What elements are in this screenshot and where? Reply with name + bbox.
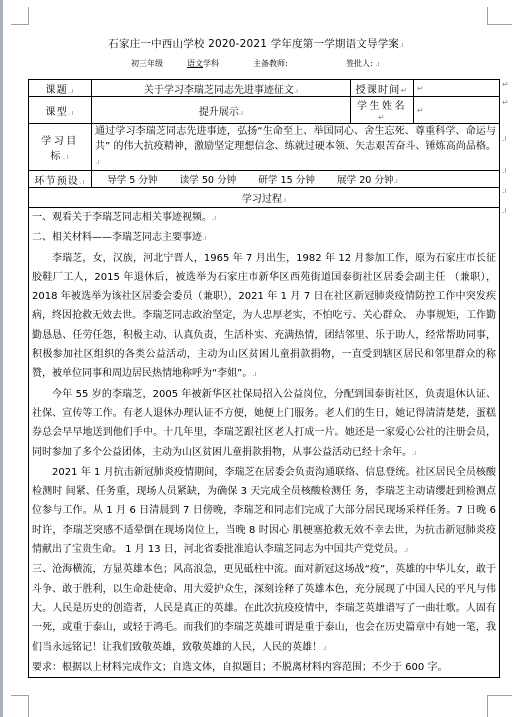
paragraph-3: 2021 年 1 月抗击新冠肺炎疫情期间，李瑞芝在居委会负责沟通联络、信息登统。…: [32, 463, 496, 560]
paragraph-mark-icon: .ı: [252, 370, 256, 378]
paragraph-mark-icon: .ı: [322, 644, 326, 652]
goal-label-cell[interactable]: 学习目标.ı: [29, 124, 92, 171]
paragraph-mark-icon: .ı: [375, 60, 379, 68]
table-row-type: 课型.ı 提升展示.ı 学生姓名↵ ↵: [29, 97, 500, 124]
topic-value: 关于学习李瑞芝同志先进事迹征文: [144, 85, 294, 96]
row-end-mark-icon: ↵: [502, 98, 509, 107]
section-3: 三、沧海横流，方显英雄本色；风高浪急，更见砥柱中流。面对新冠这场战“疫”，英雄的…: [32, 560, 496, 657]
type-value: 提升展示: [199, 107, 239, 118]
requirement: 要求：根据以上材料完成作文；自选文体，自拟题目；不脱离材料内容范围；不少于 60…: [32, 658, 496, 677]
student-value-cell[interactable]: ↵: [414, 97, 500, 124]
row-end-mark-icon: .ı: [502, 134, 507, 143]
stage-read: 读学 50 分钟: [180, 172, 237, 186]
goal-label: 学习目标: [41, 136, 79, 162]
document-title-text: 石家庄一中西山学校 2020-2021 学年度第一学期语文导学案: [108, 38, 399, 50]
cell-end-mark-icon: .ı: [68, 109, 75, 117]
table-row-goal: 学习目标.ı 通过学习李瑞芝同志先进事迹，弘扬“生命至上、举国同心、舍生忘死、尊…: [29, 124, 500, 171]
type-label-cell[interactable]: 课型.ı: [29, 97, 92, 124]
stage-guide: 导学 5 分钟: [107, 172, 158, 186]
cell-end-mark-icon: .ı: [394, 177, 398, 185]
topic-label: 课题: [46, 85, 68, 96]
subject-underlined: 语文: [187, 59, 203, 68]
topic-value-cell[interactable]: 关于学习李瑞芝同志先进事迹征文.ı: [92, 80, 351, 97]
paragraph-mark-icon: .ı: [212, 214, 216, 222]
stages-value-cell[interactable]: 导学 5 分钟读学 50 分钟研学 15 分钟展学 20 分钟.ı: [92, 171, 500, 188]
return-mark-icon: ↵: [400, 86, 408, 95]
teacher-label[interactable]: 主备教师:: [253, 58, 288, 69]
subject-label[interactable]: 语文学科: [187, 58, 219, 69]
cell-end-mark-icon: .ı: [79, 178, 86, 186]
process-header-cell[interactable]: 学习过程.ı: [29, 188, 500, 208]
goal-value: 通过学习李瑞芝同志先进事迹，弘扬“生命至上、举国同心、舍生忘死、尊重科学、命运与…: [95, 126, 496, 152]
row-end-mark-icon: .ı: [502, 166, 507, 175]
lesson-plan-table: 课题.ı 关于学习李瑞芝同志先进事迹征文.ı 授课时间↵ ↵ 课型.ı 提升展示…: [28, 79, 500, 678]
paragraph-mark-icon: .ı: [412, 449, 416, 457]
paragraph-mark-icon: .ı: [399, 41, 404, 49]
paragraph-2: 今年 55 岁的李瑞芝，2005 年被新华区社保局招入公益岗位，分配到国泰街社区…: [32, 385, 496, 463]
stage-show: 展学 20 分钟.ı: [337, 172, 398, 186]
section-2: 二、相关材料——李瑞芝同志主要事迹.ı: [32, 228, 496, 248]
type-value-cell[interactable]: 提升展示.ı: [92, 97, 351, 124]
stages-label-cell[interactable]: 环节预设.ı: [29, 171, 92, 188]
paragraph-1-text: 李瑞芝，女，汉族，河北宁晋人，1965 年 7 月出生，1982 年 12 月参…: [32, 253, 496, 380]
section-3-text: 三、沧海横流，方显英雄本色；风高浪急，更见砥柱中流。面对新冠这场战“疫”，英雄的…: [32, 564, 496, 652]
time-label: 授课时间: [356, 85, 401, 96]
table-row-process-header: 学习过程.ı: [29, 188, 500, 208]
paragraph-3-text: 2021 年 1 月抗击新冠肺炎疫情期间，李瑞芝在居委会负责沟通联络、信息登统。…: [32, 467, 496, 555]
table-row-process-body: 一、观看关于李瑞芝同志相关事迹视频。.ı 二、相关材料——李瑞芝同志主要事迹.ı…: [29, 208, 500, 678]
stage-show-text: 展学 20 分钟: [337, 175, 394, 186]
cell-end-mark-icon: .ı: [239, 109, 243, 117]
paragraph-mark-icon: .ı: [404, 546, 408, 554]
section-1: 一、观看关于李瑞芝同志相关事迹视频。.ı: [32, 208, 496, 228]
goal-value-cell[interactable]: 通过学习李瑞芝同志先进事迹，弘扬“生命至上、举国同心、舍生忘死、尊重科学、命运与…: [92, 124, 500, 171]
process-body-cell[interactable]: 一、观看关于李瑞芝同志相关事迹视频。.ı 二、相关材料——李瑞芝同志主要事迹.ı…: [29, 208, 500, 678]
reviewer-label-text: 签批人:: [346, 59, 373, 68]
cell-end-mark-icon: .ı: [68, 87, 75, 95]
process-header: 学习过程: [242, 194, 282, 205]
table-row-topic: 课题.ı 关于学习李瑞芝同志先进事迹征文.ı 授课时间↵ ↵: [29, 80, 500, 97]
requirement-text: 要求：根据以上材料完成作文；自选文体，自拟题目；不脱离材料内容范围；不少于 60…: [32, 662, 447, 673]
return-mark-icon: ↵: [417, 106, 424, 115]
section-1-text: 一、观看关于李瑞芝同志相关事迹视频。: [32, 212, 212, 223]
cell-end-mark-icon: .ı: [95, 158, 99, 166]
subject-rest: 学科: [203, 59, 219, 68]
stage-research: 研学 15 分钟: [258, 172, 315, 186]
section-2-text: 二、相关材料——李瑞芝同志主要事迹: [32, 232, 202, 243]
table-row-stages: 环节预设.ı 导学 5 分钟读学 50 分钟研学 15 分钟展学 20 分钟.ı: [29, 171, 500, 188]
time-label-cell[interactable]: 授课时间↵: [351, 80, 414, 97]
paragraph-mark-icon: .ı: [202, 234, 206, 242]
stages-label: 环节预设: [34, 176, 79, 187]
cell-end-mark-icon: .ı: [63, 153, 70, 161]
student-label: 学生姓名: [357, 101, 407, 112]
type-label: 课型: [46, 107, 68, 118]
return-mark-icon: ↵: [417, 84, 424, 93]
cell-end-mark-icon: .ı: [282, 196, 286, 204]
row-end-mark-icon: .ı: [502, 186, 507, 195]
page-corner-mark-top-right: [487, 7, 512, 25]
student-label-cell[interactable]: 学生姓名↵: [351, 97, 414, 124]
row-end-mark-icon: .ı: [502, 206, 507, 215]
topic-label-cell[interactable]: 课题.ı: [29, 80, 92, 97]
page-corner-mark-bottom-right: [487, 695, 512, 717]
paragraph-2-text: 今年 55 岁的李瑞芝，2005 年被新华区社保局招入公益岗位，分配到国泰街社区…: [32, 389, 496, 458]
paragraph-1: 李瑞芝，女，汉族，河北宁晋人，1965 年 7 月出生，1982 年 12 月参…: [32, 249, 496, 385]
time-value-cell[interactable]: ↵: [414, 80, 500, 97]
page-corner-mark-bottom-left: [11, 695, 29, 717]
page-corner-mark-top-left: [11, 7, 29, 25]
return-mark-icon: ↵: [378, 113, 386, 122]
row-end-mark-icon: ↵: [502, 80, 509, 89]
grade-label[interactable]: 初三年级: [131, 58, 163, 69]
reviewer-label[interactable]: 签批人: .ı: [346, 58, 379, 69]
document-title[interactable]: 石家庄一中西山学校 2020-2021 学年度第一学期语文导学案.ı: [0, 36, 512, 51]
cell-end-mark-icon: .ı: [294, 87, 298, 95]
window-edge-strip: [0, 0, 3, 717]
